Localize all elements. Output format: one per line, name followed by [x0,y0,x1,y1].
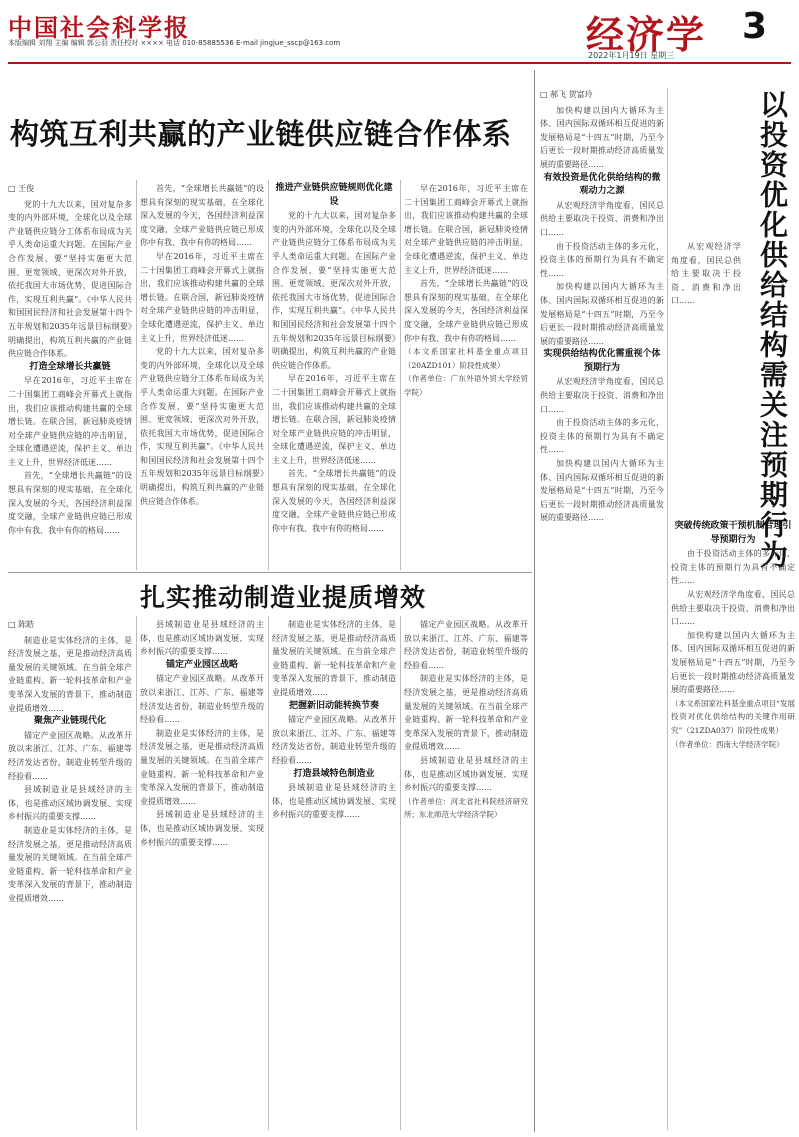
article1-p2: 早在2016年，习近平主席在二十国集团工商峰会开幕式上就指出，我们应该推动构建共… [8,374,132,469]
article3-text: 由于投资活动主体的多元化，投资主体的预期行为具有不确定性…… [671,547,795,588]
article2-text: 制造业是实体经济的主体，是经济发展之基，更是推动经济高质量发展的关键领域。在当前… [8,824,132,906]
article2-text: 制造业是实体经济的主体，是经济发展之基，更是推动经济高质量发展的关键领域。在当前… [404,672,528,754]
article3-credit: （作者单位：西南大学经济学院） [671,738,795,752]
article2-col4: 锚定产业园区战略。从改革开放以来浙江、江苏、广东、福建等经济发达省份，制造业转型… [404,618,528,1130]
article3-subhead-3: 突破传统政策干预机制合理引导预期行为 [671,520,795,547]
divider [136,180,137,570]
page-number: 3 [742,6,767,47]
article1-lead: 党的十九大以来，国对复杂多变的内外部环境，全球化以及全球产业链供应链分工体系布局… [8,198,132,361]
divider [400,616,401,1130]
article3-lead: 加快构建以国内大循环为主体、国内国际双循环相互促进的新发展格局是“十四五”时期，… [540,104,664,172]
article2-text: 县域制造业是县域经济的主体，也是推动区域协调发展、实现乡村振兴的重要支撑…… [8,783,132,824]
article3-text: 从宏观经济学角度看，国民总供给主要取决于投资、消费和净出口…… [671,240,741,308]
divider [268,616,269,1130]
article2-subhead-3: 把握新旧动能转换节奏 [272,700,396,714]
article3-text: 加快构建以国内大循环为主体、国内国际双循环相互促进的新发展格局是“十四五”时期，… [540,280,664,348]
masthead: 中国社会科学报 本版编辑 刘翔 主编 编辑 郭公羽 责任校对 ×××× 电话 0… [0,0,799,64]
article2-subhead-4: 打造县域特色制造业 [272,768,396,782]
article1-text: 首先，“全球增长共赢链”的设想具有深刻的现实基础，在全球化深入发展的今天，各国经… [404,277,528,345]
article3-fund: （本文系国家社科基金重点项目“发展投资对优化供给结构的关键作用研究”（21ZDA… [671,697,795,738]
article1-author: □ 王俊 [8,182,132,196]
article1-p3: 首先，“全球增长共赢链”的设想具有深刻的现实基础，在全球化深入发展的今天，各国经… [8,469,132,537]
issue-date: 2022年1月19日 星期三 [588,50,674,61]
article3-col1: □ 郝飞 贺富玲 加快构建以国内大循环为主体、国内国际双循环相互促进的新发展格局… [540,88,664,1130]
article3-subhead-2: 实现供给结构优化需重视个体预期行为 [540,348,664,375]
article2-credit: （作者单位：河北省社科院经济研究所；东北师范大学经济学院） [404,795,528,822]
article3-author: □ 郝飞 贺富玲 [540,88,664,102]
article1-fund: （本文系国家社科基金重点项目（20AZD101）阶段性成果） [404,345,528,372]
section-divider [8,572,532,573]
article3-col2: 突破传统政策干预机制合理引导预期行为 由于投资活动主体的多元化，投资主体的预期行… [671,520,795,1130]
divider [136,616,137,1130]
article2-text: 制造业是实体经济的主体，是经济发展之基，更是推动经济高质量发展的关键领域。在当前… [140,727,264,809]
article3-headline: 以投资优化供给结构需关注预期行为 [745,90,795,570]
article1-headline: 构筑互利共赢的产业链供应链合作体系 [10,112,512,153]
article2-text: 县域制造业是县域经济的主体，也是推动区域协调发展、实现乡村振兴的重要支撑…… [140,618,264,659]
article2-text: 制造业是实体经济的主体，是经济发展之基，更是推动经济高质量发展的关键领域。在当前… [272,618,396,700]
article1-text: 党的十九大以来，国对复杂多变的内外部环境，全球化以及全球产业链供应链分工体系布局… [140,345,264,508]
article1-col2: 首先，“全球增长共赢链”的设想具有深刻的现实基础，在全球化深入发展的今天，各国经… [140,182,264,572]
article1-subhead-1: 打造全球增长共赢链 [8,361,132,375]
article2-text: 锚定产业园区战略。从改革开放以来浙江、江苏、广东、福建等经济发达省份，制造业转型… [140,672,264,726]
article3-text: 从宏观经济学角度看，国民总供给主要取决于投资、消费和净出口…… [540,199,664,240]
divider [667,88,668,1130]
article3-text: 加快构建以国内大循环为主体、国内国际双循环相互促进的新发展格局是“十四五”时期，… [540,457,664,525]
masthead-rule [8,62,791,64]
article2-subhead-1: 聚焦产业链现代化 [8,715,132,729]
article3-text: 由于投资活动主体的多元化，投资主体的预期行为具有不确定性…… [540,240,664,281]
divider [268,180,269,570]
article3-text: 加快构建以国内大循环为主体、国内国际双循环相互促进的新发展格局是“十四五”时期，… [671,629,795,697]
article1-text: 首先，“全球增长共赢链”的设想具有深刻的现实基础，在全球化深入发展的今天，各国经… [140,182,264,250]
article1-col4: 早在2016年，习近平主席在二十国集团工商峰会开幕式上就指出，我们应该推动构建共… [404,182,528,572]
article2-author: □ 陈皓 [8,618,132,632]
article1-text: 早在2016年，习近平主席在二十国集团工商峰会开幕式上就指出，我们应该推动构建共… [140,250,264,345]
article1-col3: 推进产业链供应链规则优化建设 党的十九大以来，国对复杂多变的内外部环境，全球化以… [272,182,396,572]
article2-subhead-2: 锚定产业园区战略 [140,659,264,673]
article3-text: 从宏观经济学角度看，国民总供给主要取决于投资、消费和净出口…… [671,588,795,629]
article2-lead: 制造业是实体经济的主体，是经济发展之基，更是推动经济高质量发展的关键领域。在当前… [8,634,132,716]
divider [400,180,401,570]
editor-meta: 本版编辑 刘翔 主编 编辑 郭公羽 责任校对 ×××× 电话 010-85885… [8,38,340,48]
article1-credit: （作者单位：广东外语外贸大学经贸学院） [404,372,528,399]
article3-subhead-1: 有效投资是优化供给结构的微观动力之源 [540,172,664,199]
article2-text: 县域制造业是县域经济的主体，也是推动区域协调发展、实现乡村振兴的重要支撑…… [140,808,264,849]
article2-text: 县域制造业是县域经济的主体，也是推动区域协调发展、实现乡村振兴的重要支撑…… [272,781,396,822]
article2-headline: 扎实推动制造业提质增效 [140,578,426,614]
article2-col2: 县域制造业是县域经济的主体，也是推动区域协调发展、实现乡村振兴的重要支撑…… 锚… [140,618,264,1130]
article1-text: 首先，“全球增长共赢链”的设想具有深刻的现实基础，在全球化深入发展的今天，各国经… [272,467,396,535]
article2-col1: □ 陈皓 制造业是实体经济的主体，是经济发展之基，更是推动经济高质量发展的关键领… [8,618,132,1130]
article2-text: 锚定产业园区战略。从改革开放以来浙江、江苏、广东、福建等经济发达省份，制造业转型… [272,713,396,767]
article3-text: 从宏观经济学角度看，国民总供给主要取决于投资、消费和净出口…… [540,375,664,416]
article2-text: 锚定产业园区战略。从改革开放以来浙江、江苏、广东、福建等经济发达省份，制造业转型… [8,729,132,783]
article1-subhead-2: 推进产业链供应链规则优化建设 [272,182,396,209]
article2-text: 锚定产业园区战略。从改革开放以来浙江、江苏、广东、福建等经济发达省份，制造业转型… [404,618,528,672]
article1-text: 早在2016年，习近平主席在二十国集团工商峰会开幕式上就指出，我们应该推动构建共… [404,182,528,277]
article2-text: 县域制造业是县域经济的主体，也是推动区域协调发展、实现乡村振兴的重要支撑…… [404,754,528,795]
article1-col1: □ 王俊 党的十九大以来，国对复杂多变的内外部环境，全球化以及全球产业链供应链分… [8,182,132,572]
article3-col2-top: 从宏观经济学角度看，国民总供给主要取决于投资、消费和净出口…… [671,240,741,515]
article1-text: 党的十九大以来，国对复杂多变的内外部环境，全球化以及全球产业链供应链分工体系布局… [272,209,396,372]
column-divider [534,70,535,1132]
article1-text: 早在2016年，习近平主席在二十国集团工商峰会开幕式上就指出，我们应该推动构建共… [272,372,396,467]
article3-text: 由于投资活动主体的多元化，投资主体的预期行为具有不确定性…… [540,416,664,457]
article2-col3: 制造业是实体经济的主体，是经济发展之基，更是推动经济高质量发展的关键领域。在当前… [272,618,396,1130]
